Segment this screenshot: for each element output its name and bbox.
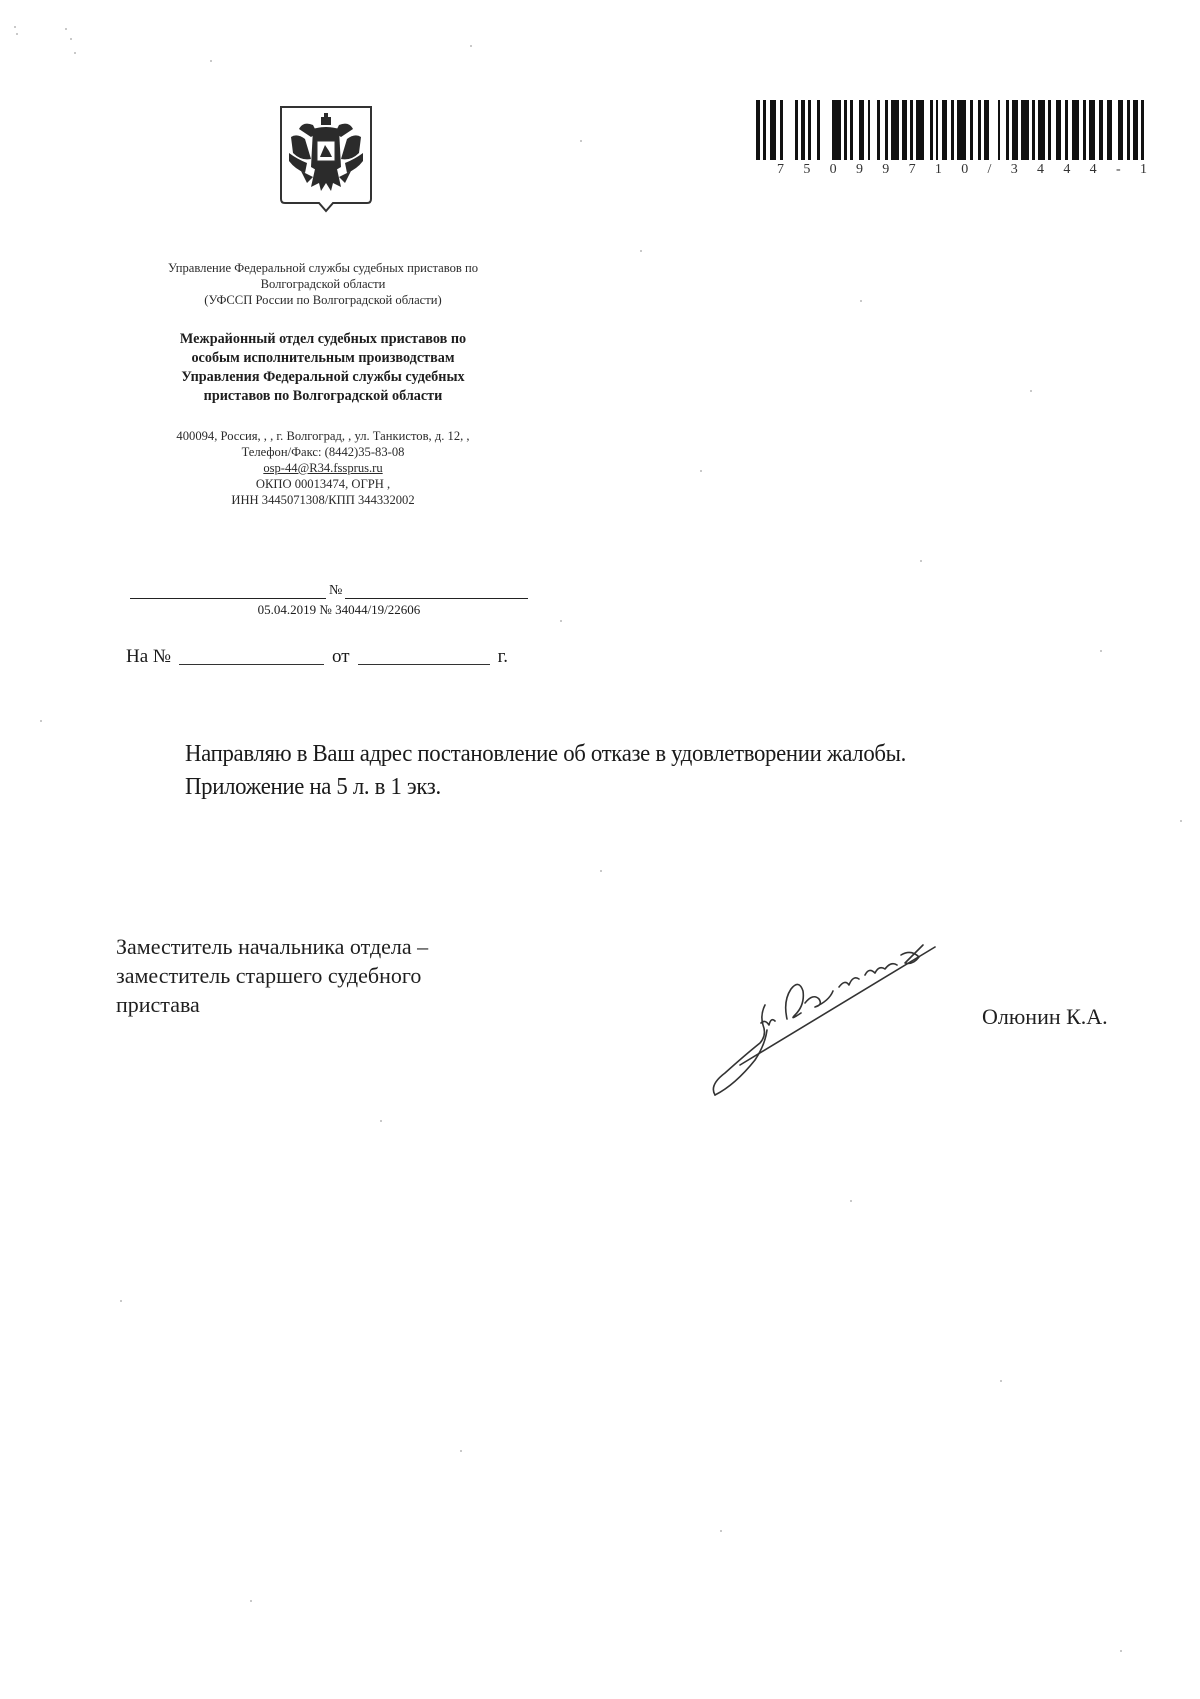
barcode-digit: / <box>988 162 992 178</box>
department-name: Межрайонный отдел судебных приставов по … <box>118 330 528 406</box>
barcode-digit: 0 <box>961 162 968 178</box>
reply-reference: На № от г. <box>126 646 508 668</box>
department-line: особым исполнительным производствам <box>118 349 528 368</box>
barcode-digit: 1 <box>1140 162 1147 178</box>
okpo-ogrn: ОКПО 00013474, ОГРН , <box>118 476 528 492</box>
contact-details: 400094, Россия, , , г. Волгоград, , ул. … <box>118 428 528 508</box>
registration-number-block: № 05.04.2019 № 34044/19/22606 <box>130 578 528 618</box>
handwritten-signature <box>705 935 945 1100</box>
parent-org-line: Управление Федеральной службы судебных п… <box>118 260 528 276</box>
reply-suffix: г. <box>498 646 508 668</box>
barcode-digit: 3 <box>1011 162 1018 178</box>
barcode-digit: 1 <box>935 162 942 178</box>
barcode-digit: 9 <box>856 162 863 178</box>
number-sign: № <box>326 583 345 599</box>
barcode-digit: 4 <box>1037 162 1044 178</box>
signer-position-line: пристава <box>116 990 576 1019</box>
letterhead: Управление Федеральной службы судебных п… <box>118 260 528 508</box>
signer-position-line: Заместитель начальника отдела – <box>116 932 576 961</box>
inn-kpp: ИНН 3445071308/КПП 344332002 <box>118 492 528 508</box>
department-line: Управления Федеральной службы судебных <box>118 368 528 387</box>
barcode-digit: 7 <box>777 162 784 178</box>
email-link[interactable]: osp-44@R34.fssprus.ru <box>263 461 382 475</box>
barcode-digit: - <box>1116 162 1121 178</box>
phone-fax: Телефон/Факс: (8442)35-83-08 <box>118 444 528 460</box>
registration-line: № <box>130 578 528 599</box>
signer-position-line: заместитель старшего судебного <box>116 961 576 990</box>
reply-number-blank <box>179 648 324 665</box>
address: 400094, Россия, , , г. Волгоград, , ул. … <box>118 428 528 444</box>
barcode-digit: 4 <box>1063 162 1070 178</box>
parent-org-line: (УФССП России по Волгоградской области) <box>118 292 528 308</box>
reply-prefix: На № <box>126 646 171 668</box>
body-line: Направляю в Ваш адрес постановление об о… <box>185 737 1096 770</box>
parent-organization: Управление Федеральной службы судебных п… <box>118 260 528 308</box>
department-line: приставов по Волгоградской области <box>118 387 528 406</box>
signer-name: Олюнин К.А. <box>982 1004 1108 1030</box>
barcode-digit: 0 <box>830 162 837 178</box>
barcode-digit: 9 <box>882 162 889 178</box>
registration-value: 05.04.2019 № 34044/19/22606 <box>130 601 528 618</box>
barcode-digit: 7 <box>909 162 916 178</box>
reply-middle: от <box>332 646 350 668</box>
reply-date-blank <box>358 648 490 665</box>
barcode-digit: 5 <box>803 162 810 178</box>
russian-coat-of-arms-icon <box>277 103 375 215</box>
barcode <box>756 100 1146 160</box>
parent-org-line: Волгоградской области <box>118 276 528 292</box>
department-line: Межрайонный отдел судебных приставов по <box>118 330 528 349</box>
document-page: Управление Федеральной службы судебных п… <box>0 0 1200 1699</box>
signer-position: Заместитель начальника отдела – заместит… <box>116 932 576 1019</box>
letter-body: Направляю в Ваш адрес постановление об о… <box>185 737 1096 803</box>
barcode-digit: 4 <box>1090 162 1097 178</box>
body-line: Приложение на 5 л. в 1 экз. <box>185 770 1096 803</box>
barcode-digits: 7 5 0 9 9 7 1 0 / 3 4 4 4 - 1 <box>777 162 1147 178</box>
